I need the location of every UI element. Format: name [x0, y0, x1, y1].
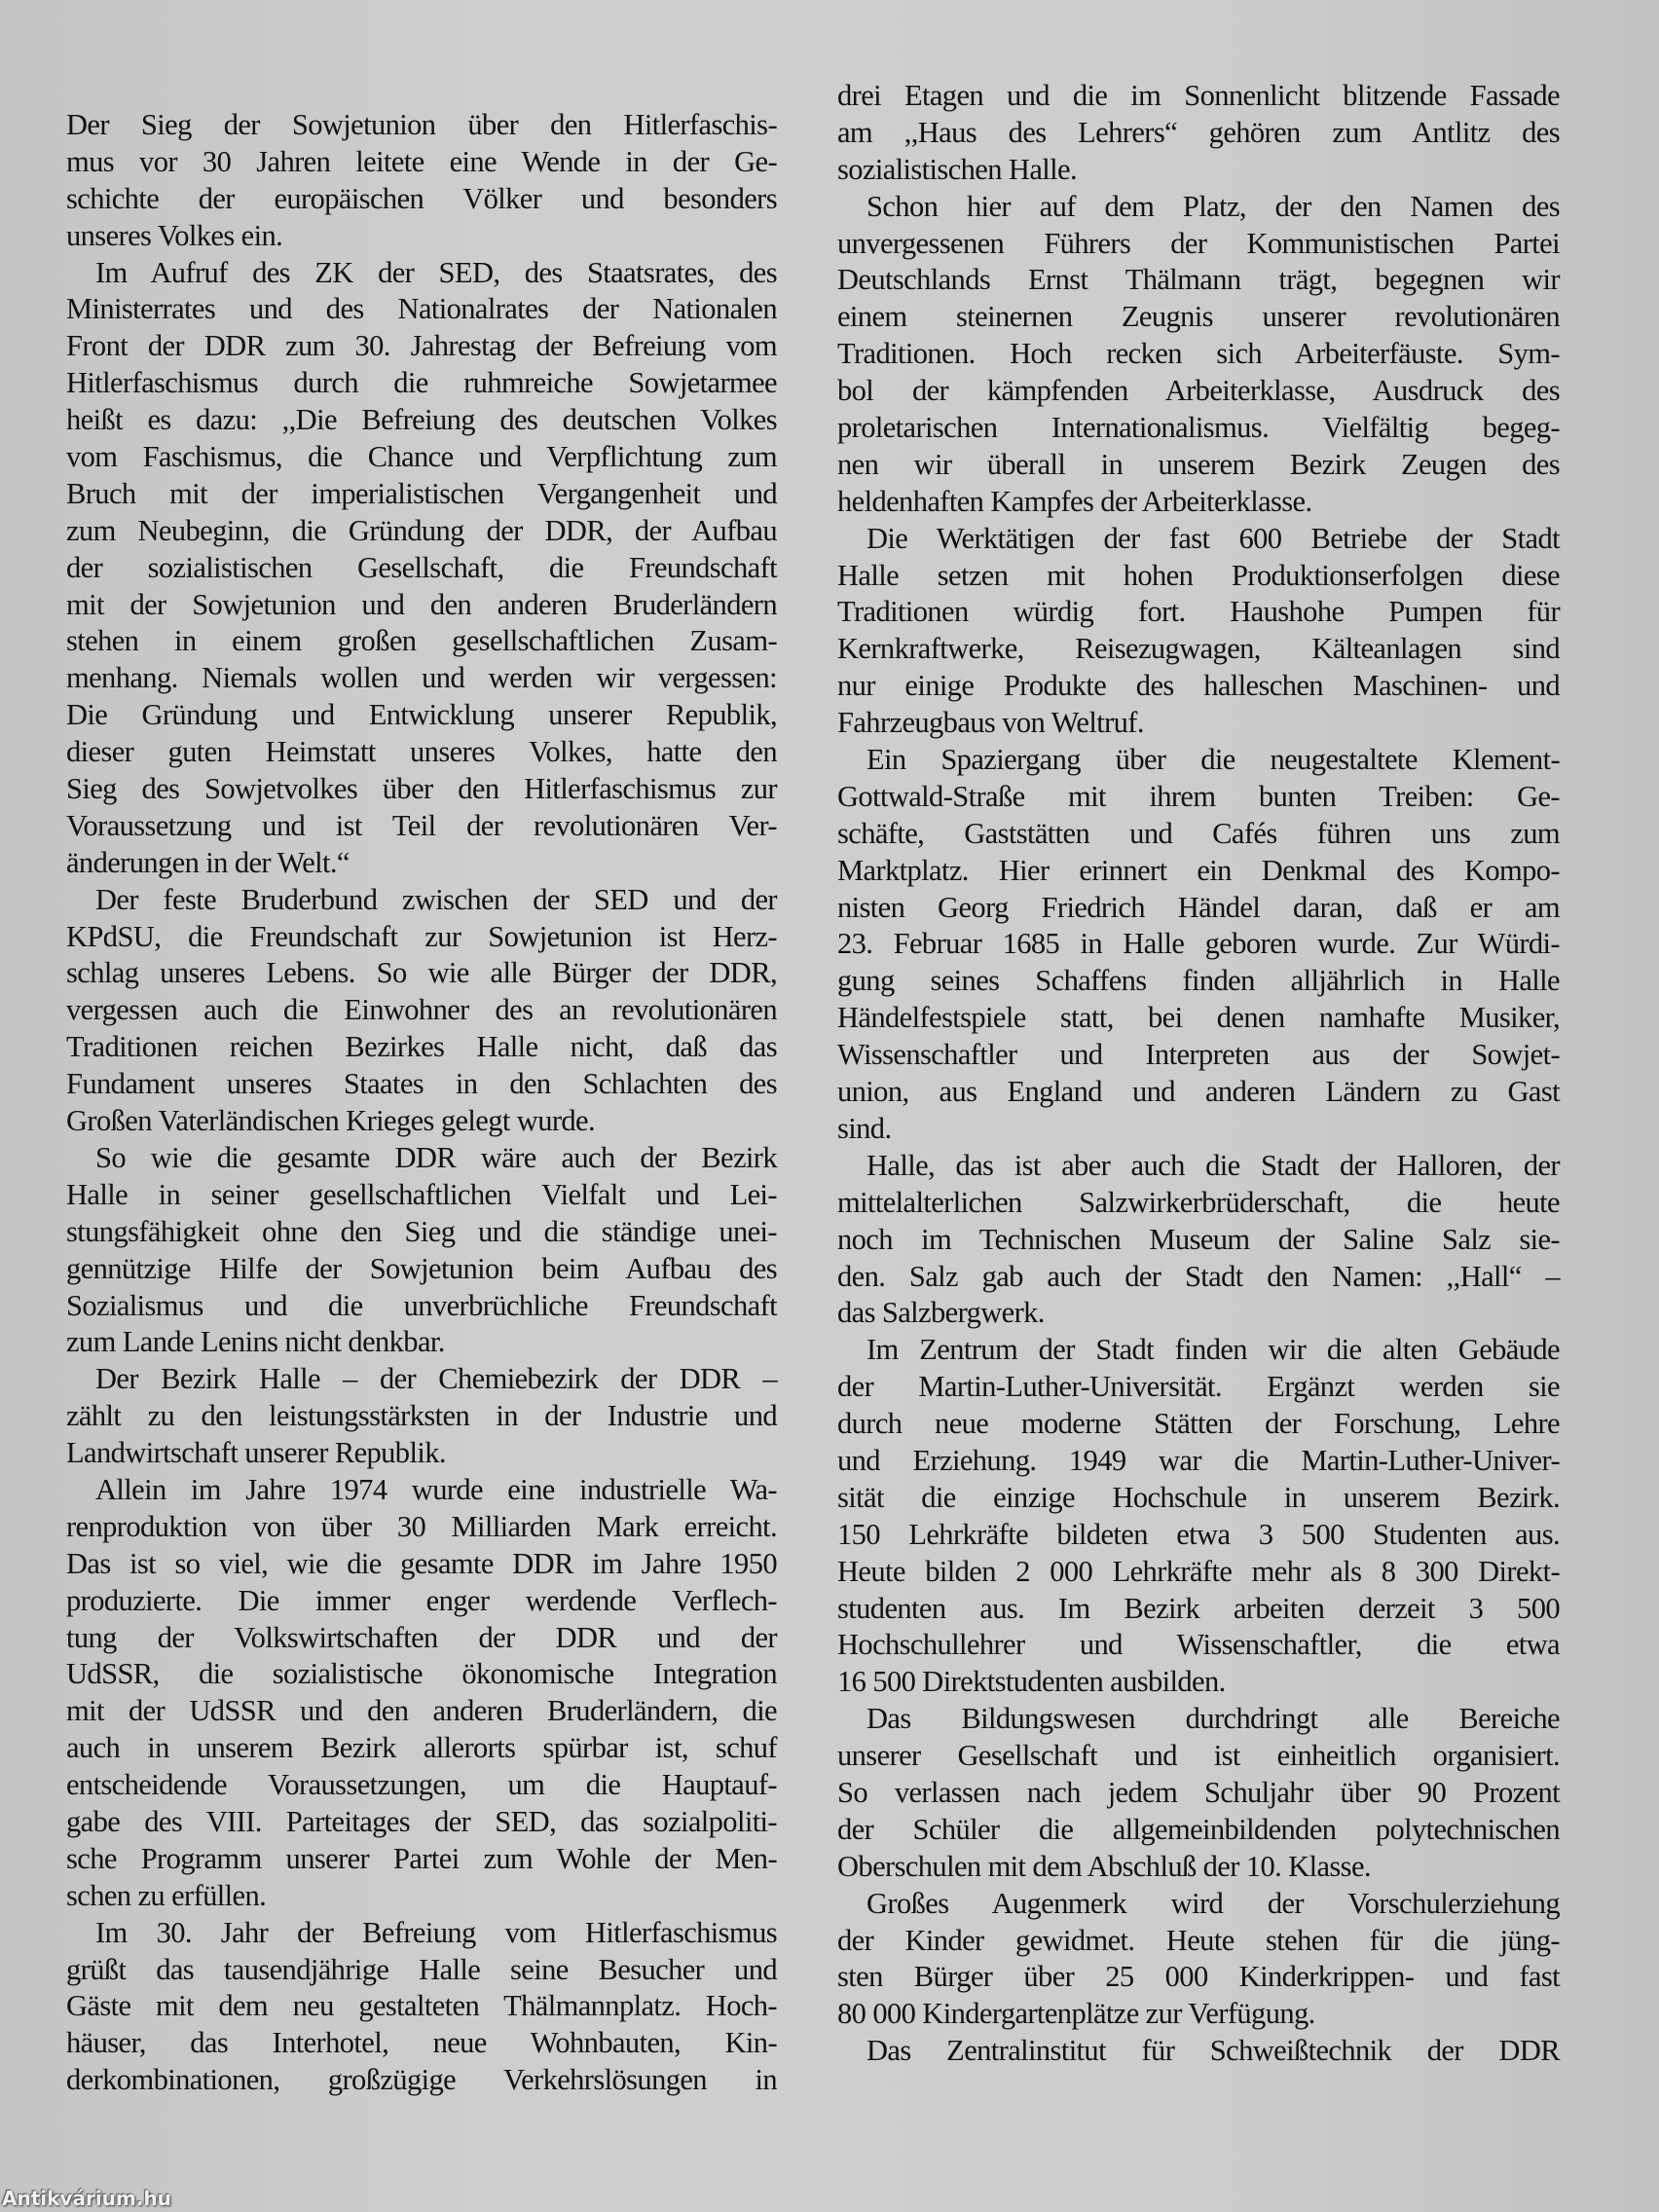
text-line: zum Lande Lenins nicht denkbar.	[66, 1324, 777, 1361]
text-line: stungsfähigkeit ohne den Sieg und die st…	[66, 1214, 777, 1251]
text-line: Landwirtschaft unserer Republik.	[66, 1435, 777, 1472]
text-line: sind.	[837, 1111, 1560, 1148]
paragraph: Großes Augenmerk wird der Vorschulerzieh…	[837, 1886, 1560, 2034]
text-line: vom Faschismus, die Chance und Verpflich…	[66, 439, 777, 476]
text-line: durch neue moderne Stätten der Forschung…	[837, 1406, 1560, 1443]
text-line: Das Bildungswesen durchdringt alle Berei…	[837, 1701, 1560, 1738]
text-line: dieser guten Heimstatt unseres Volkes, h…	[66, 734, 777, 771]
text-line: Front der DDR zum 30. Jahrestag der Befr…	[66, 328, 777, 365]
text-line: häuser, das Interhotel, neue Wohnbauten,…	[66, 2025, 777, 2062]
text-line: Gottwald-Straße mit ihrem bunten Treiben…	[837, 779, 1560, 816]
text-line: 16 500 Direktstudenten ausbilden.	[837, 1664, 1560, 1701]
text-line: studenten aus. Im Bezirk arbeiten derzei…	[837, 1591, 1560, 1628]
watermark: Antikvárium.hu	[2, 2187, 171, 2210]
text-line: 150 Lehrkräfte bildeten etwa 3 500 Stude…	[837, 1517, 1560, 1554]
text-line: Im Aufruf des ZK der SED, des Staatsrate…	[66, 255, 777, 292]
text-line: Kernkraftwerke, Reisezugwagen, Kälteanla…	[837, 631, 1560, 668]
text-line: Traditionen würdig fort. Haushohe Pumpen…	[837, 594, 1560, 631]
text-line: sten Bürger über 25 000 Kinderkrippen- u…	[837, 1959, 1560, 1996]
text-line: unseres Volkes ein.	[66, 218, 777, 255]
text-line: Der Bezirk Halle – der Chemiebezirk der …	[66, 1361, 777, 1398]
text-line: zählt zu den leistungsstärksten in der I…	[66, 1398, 777, 1435]
text-line: nur einige Produkte des halleschen Masch…	[837, 668, 1560, 705]
paragraph: Schon hier auf dem Platz, der den Namen …	[837, 189, 1560, 521]
paragraph: So wie die gesamte DDR wäre auch der Bez…	[66, 1140, 777, 1361]
text-line: Halle setzen mit hohen Produktionserfolg…	[837, 558, 1560, 595]
text-line: das Salzbergwerk.	[837, 1295, 1560, 1332]
paragraph: Das Zentralinstitut für Schweißtechnik d…	[837, 2033, 1560, 2070]
text-line: Schon hier auf dem Platz, der den Namen …	[837, 189, 1560, 226]
text-line: UdSSR, die sozialistische ökonomische In…	[66, 1656, 777, 1693]
text-line: nen wir überall in unserem Bezirk Zeugen…	[837, 447, 1560, 484]
text-line: Händelfestspiele statt, bei denen namhaf…	[837, 1000, 1560, 1037]
text-line: Allein im Jahre 1974 wurde eine industri…	[66, 1472, 777, 1509]
text-line: zum Neubeginn, die Gründung der DDR, der…	[66, 513, 777, 550]
text-line: der Schüler die allgemeinbildenden polyt…	[837, 1812, 1560, 1849]
text-line: Das Zentralinstitut für Schweißtechnik d…	[837, 2033, 1560, 2070]
text-line: Gäste mit dem neu gestalteten Thälmannpl…	[66, 1988, 777, 2025]
text-line: auch in unserem Bezirk allerorts spürbar…	[66, 1730, 777, 1767]
text-line: gennützige Hilfe der Sowjetunion beim Au…	[66, 1251, 777, 1288]
paragraph: Der Bezirk Halle – der Chemiebezirk der …	[66, 1361, 777, 1472]
text-line: mit der Sowjetunion und den anderen Brud…	[66, 587, 777, 624]
text-line: Sozialismus und die unverbrüchliche Freu…	[66, 1288, 777, 1325]
text-line: mus vor 30 Jahren leitete eine Wende in …	[66, 144, 777, 181]
text-line: Voraussetzung und ist Teil der revolutio…	[66, 808, 777, 845]
scanned-page: Der Sieg der Sowjetunion über den Hitler…	[0, 0, 1659, 2212]
text-line: produzierte. Die immer enger werdende Ve…	[66, 1583, 777, 1620]
text-line: Fahrzeugbaus von Weltruf.	[837, 705, 1560, 742]
text-line: stehen in einem großen gesellschaftliche…	[66, 623, 777, 660]
text-line: Der Sieg der Sowjetunion über den Hitler…	[66, 107, 777, 144]
text-line: tung der Volkswirtschaften der DDR und d…	[66, 1620, 777, 1657]
text-line: sität die einzige Hochschule in unserem …	[837, 1480, 1560, 1517]
text-line: Hochschullehrer und Wissenschaftler, die…	[837, 1627, 1560, 1664]
text-line: noch im Technischen Museum der Saline Sa…	[837, 1222, 1560, 1259]
text-line: Die Werktätigen der fast 600 Betriebe de…	[837, 521, 1560, 558]
text-line: am ,,Haus des Lehrers“ gehören zum Antli…	[837, 115, 1560, 152]
paragraph: Der Sieg der Sowjetunion über den Hitler…	[66, 107, 777, 255]
text-line: Großes Augenmerk wird der Vorschulerzieh…	[837, 1886, 1560, 1923]
text-line: schen zu erfüllen.	[66, 1878, 777, 1915]
text-line: der Martin-Luther-Universität. Ergänzt w…	[837, 1369, 1560, 1406]
paragraph: Im Zentrum der Stadt finden wir die alte…	[837, 1332, 1560, 1701]
text-line: Das ist so viel, wie die gesamte DDR im …	[66, 1546, 777, 1583]
paragraph: Im Aufruf des ZK der SED, des Staatsrate…	[66, 255, 777, 882]
text-line: sozialistischen Halle.	[837, 152, 1560, 189]
text-line: Wissenschaftler und Interpreten aus der …	[837, 1037, 1560, 1074]
text-line: Fundament unseres Staates in den Schlach…	[66, 1066, 777, 1103]
text-line: unserer Gesellschaft und ist einheitlich…	[837, 1738, 1560, 1775]
text-line: heißt es dazu: ,,Die Befreiung des deuts…	[66, 402, 777, 439]
text-line: Oberschulen mit dem Abschluß der 10. Kla…	[837, 1849, 1560, 1886]
text-line: Ein Spaziergang über die neugestaltete K…	[837, 742, 1560, 779]
text-line: Traditionen. Hoch recken sich Arbeiterfä…	[837, 336, 1560, 373]
text-line: Der feste Bruderbund zwischen der SED un…	[66, 882, 777, 919]
text-line: einem steinernen Zeugnis unserer revolut…	[837, 299, 1560, 336]
text-line: schäfte, Gaststätten und Cafés führen un…	[837, 816, 1560, 853]
text-line: den. Salz gab auch der Stadt den Namen: …	[837, 1259, 1560, 1296]
text-line: bol der kämpfenden Arbeiterklasse, Ausdr…	[837, 373, 1560, 410]
text-line: grüßt das tausendjährige Halle seine Bes…	[66, 1952, 777, 1989]
paragraph: Das Bildungswesen durchdringt alle Berei…	[837, 1701, 1560, 1885]
paragraph: Der feste Bruderbund zwischen der SED un…	[66, 882, 777, 1140]
text-line: Bruch mit der imperialistischen Vergange…	[66, 476, 777, 513]
text-line: schichte der europäischen Völker und bes…	[66, 181, 777, 218]
paragraph: drei Etagen und die im Sonnenlicht blitz…	[837, 78, 1560, 189]
text-line: der Kinder gewidmet. Heute stehen für di…	[837, 1923, 1560, 1960]
text-line: Die Gründung und Entwicklung unserer Rep…	[66, 697, 777, 734]
text-line: menhang. Niemals wollen und werden wir v…	[66, 660, 777, 697]
text-line: Sieg des Sowjetvolkes über den Hitlerfas…	[66, 771, 777, 808]
text-line: heldenhaften Kampfes der Arbeiterklasse.	[837, 484, 1560, 521]
text-line: vergessen auch die Einwohner des an revo…	[66, 992, 777, 1029]
text-line: mittelalterlichen Salzwirkerbrüderschaft…	[837, 1185, 1560, 1222]
text-line: 80 000 Kindergartenplätze zur Verfügung.	[837, 1996, 1560, 2033]
text-line: unvergessenen Führers der Kommunistische…	[837, 226, 1560, 263]
text-line: union, aus England und anderen Ländern z…	[837, 1074, 1560, 1111]
text-line: und Erziehung. 1949 war die Martin-Luthe…	[837, 1443, 1560, 1480]
text-line: Marktplatz. Hier erinnert ein Denkmal de…	[837, 853, 1560, 890]
text-line: mit der UdSSR und den anderen Bruderländ…	[66, 1693, 777, 1730]
text-line: gabe des VIII. Parteitages der SED, das …	[66, 1804, 777, 1841]
text-line: schlag unseres Lebens. So wie alle Bürge…	[66, 955, 777, 992]
text-line: Hitlerfaschismus durch die ruhmreiche So…	[66, 365, 777, 402]
paragraph: Halle, das ist aber auch die Stadt der H…	[837, 1148, 1560, 1332]
text-line: derkombinationen, großzügige Verkehrslös…	[66, 2062, 777, 2099]
text-line: Großen Vaterländischen Krieges gelegt wu…	[66, 1103, 777, 1140]
text-line: Ministerrates und des Nationalrates der …	[66, 291, 777, 328]
paragraph: Allein im Jahre 1974 wurde eine industri…	[66, 1472, 777, 1915]
text-line: 23. Februar 1685 in Halle geboren wurde.…	[837, 926, 1560, 963]
text-line: änderungen in der Welt.“	[66, 845, 777, 882]
text-line: Heute bilden 2 000 Lehrkräfte mehr als 8…	[837, 1554, 1560, 1591]
text-line: Im Zentrum der Stadt finden wir die alte…	[837, 1332, 1560, 1369]
text-line: So wie die gesamte DDR wäre auch der Bez…	[66, 1140, 777, 1177]
text-line: gung seines Schaffens finden alljährlich…	[837, 963, 1560, 1000]
text-line: KPdSU, die Freundschaft zur Sowjetunion …	[66, 919, 777, 956]
text-line: Halle, das ist aber auch die Stadt der H…	[837, 1148, 1560, 1185]
text-line: drei Etagen und die im Sonnenlicht blitz…	[837, 78, 1560, 115]
paragraph: Ein Spaziergang über die neugestaltete K…	[837, 742, 1560, 1148]
text-line: sche Programm unserer Partei zum Wohle d…	[66, 1841, 777, 1878]
paragraph: Im 30. Jahr der Befreiung vom Hitlerfasc…	[66, 1915, 777, 2099]
text-line: nisten Georg Friedrich Händel daran, daß…	[837, 890, 1560, 927]
text-line: renproduktion von über 30 Milliarden Mar…	[66, 1509, 777, 1546]
text-line: So verlassen nach jedem Schuljahr über 9…	[837, 1775, 1560, 1812]
paragraph: Die Werktätigen der fast 600 Betriebe de…	[837, 521, 1560, 742]
text-line: der sozialistischen Gesellschaft, die Fr…	[66, 550, 777, 587]
text-line: Deutschlands Ernst Thälmann trägt, begeg…	[837, 262, 1560, 299]
text-line: proletarischen Internationalismus. Vielf…	[837, 410, 1560, 447]
text-line: Halle in seiner gesellschaftlichen Vielf…	[66, 1177, 777, 1214]
right-text-column: drei Etagen und die im Sonnenlicht blitz…	[837, 78, 1560, 2070]
text-line: Traditionen reichen Bezirkes Halle nicht…	[66, 1029, 777, 1066]
text-line: Im 30. Jahr der Befreiung vom Hitlerfasc…	[66, 1915, 777, 1952]
text-line: entscheidende Voraussetzungen, um die Ha…	[66, 1767, 777, 1804]
left-text-column: Der Sieg der Sowjetunion über den Hitler…	[66, 107, 777, 2099]
